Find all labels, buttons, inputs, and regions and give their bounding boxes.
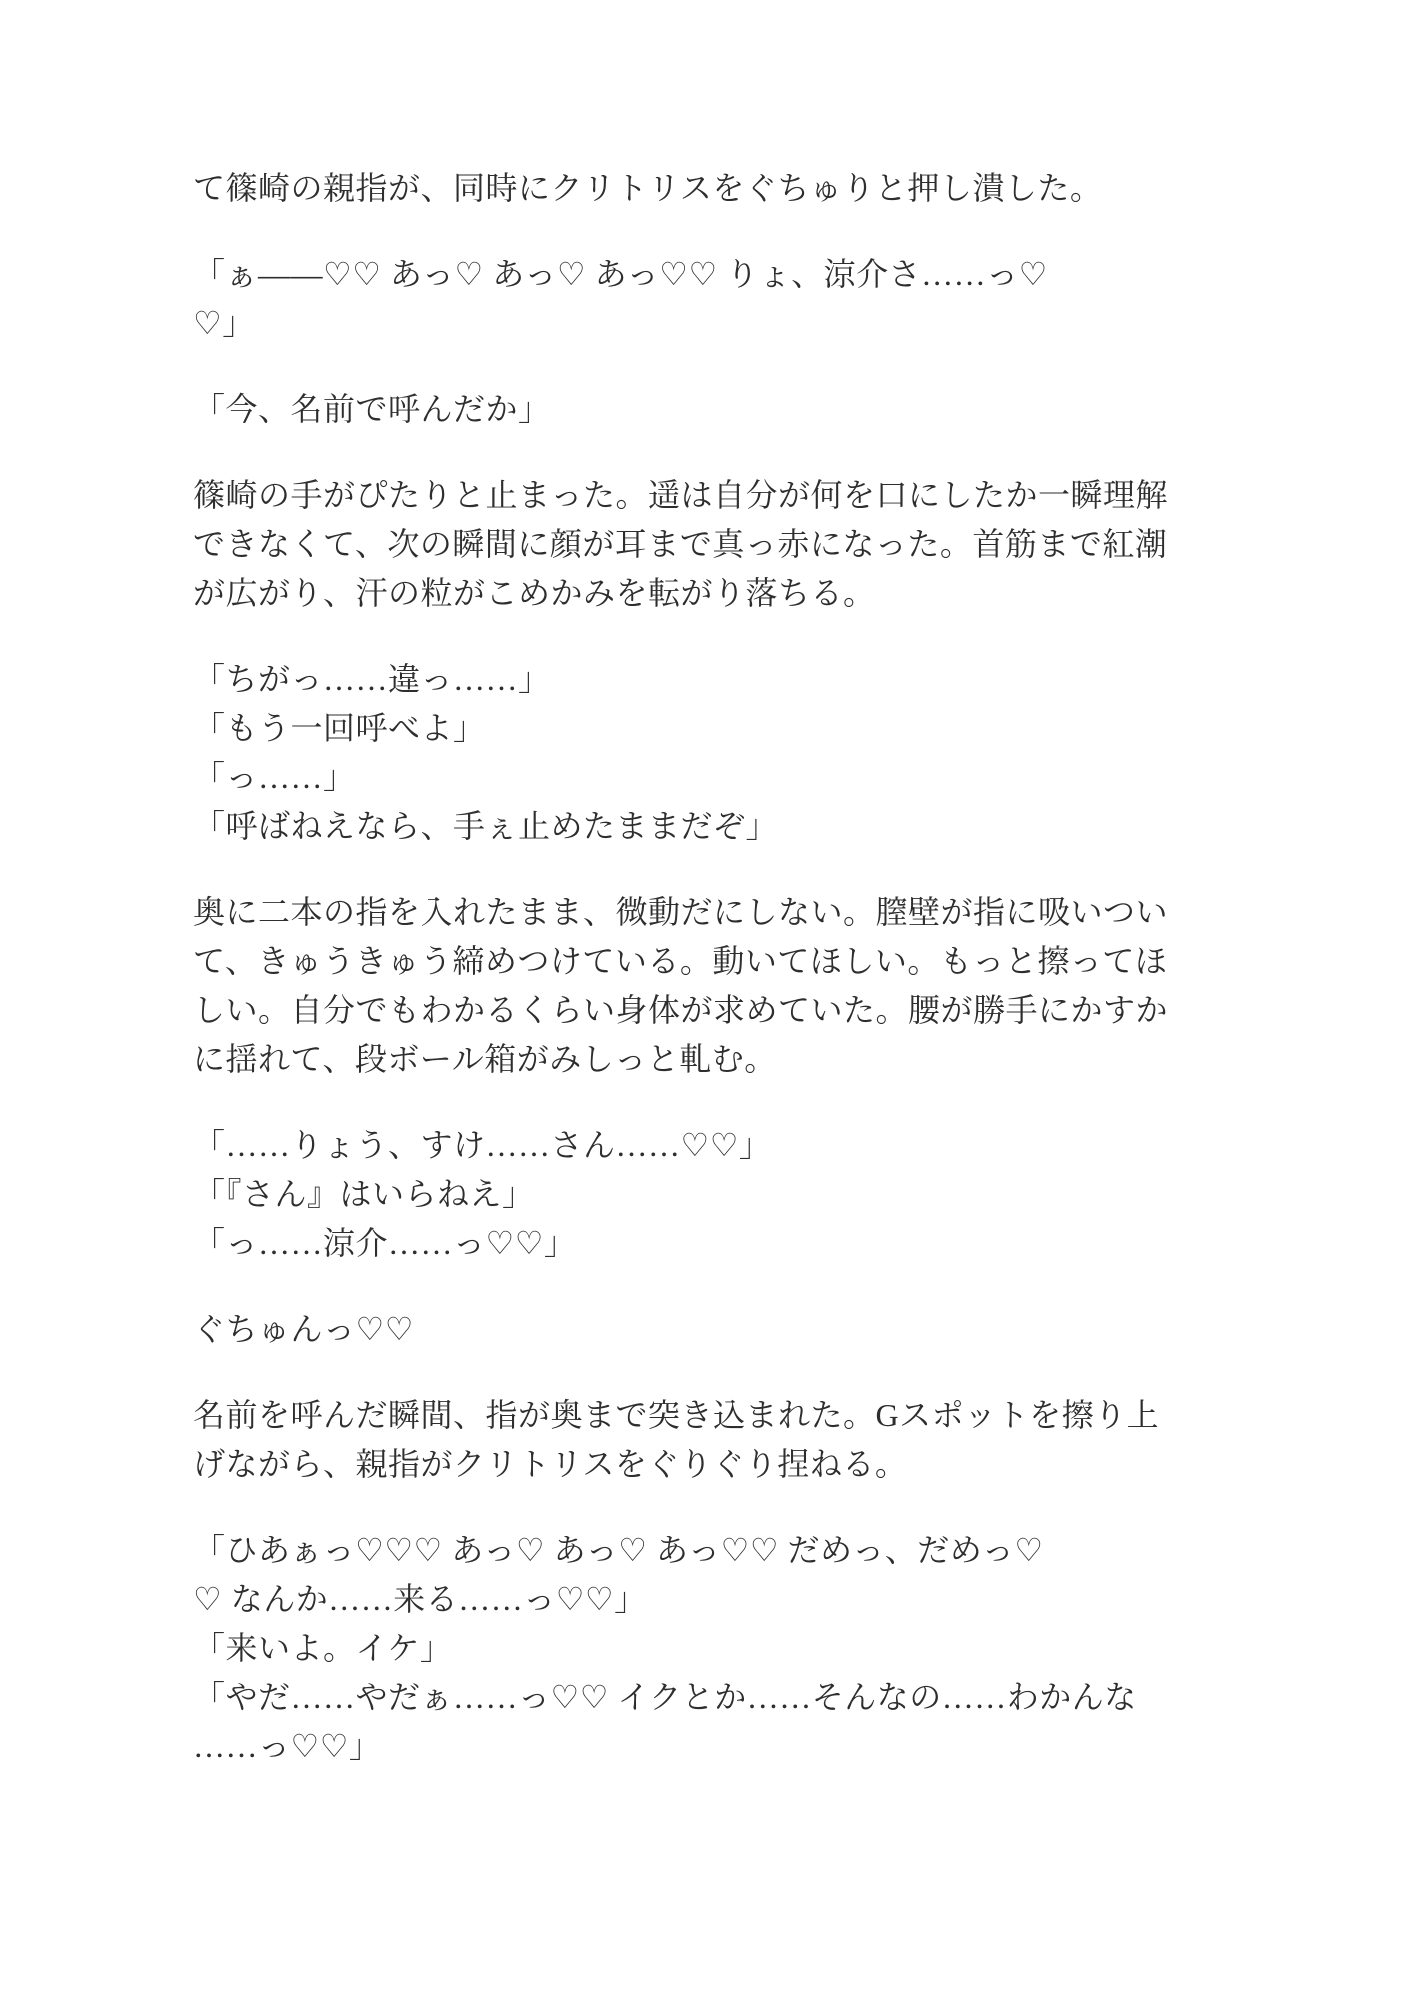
text-line: 名前を呼んだ瞬間、指が奥まで突き込まれた。Gスポットを擦り上 — [193, 1391, 1253, 1440]
text-line: ♡ なんか……来る……っ♡♡」 — [193, 1575, 1253, 1624]
story-text: て篠崎の親指が、同時にクリトリスをぐちゅりと押し潰した。「ぁ——♡♡ あっ♡ あ… — [193, 164, 1253, 1771]
text-line: 「今、名前で呼んだか」 — [193, 385, 1253, 434]
paragraph: 奥に二本の指を入れたまま、微動だにしない。膣壁が指に吸いついて、きゅうきゅう締め… — [193, 888, 1253, 1084]
paragraph: 名前を呼んだ瞬間、指が奥まで突き込まれた。Gスポットを擦り上げながら、親指がクリ… — [193, 1391, 1253, 1489]
text-line: できなくて、次の瞬間に顔が耳まで真っ赤になった。首筋まで紅潮 — [193, 520, 1253, 569]
paragraph: て篠崎の親指が、同時にクリトリスをぐちゅりと押し潰した。 — [193, 164, 1253, 213]
text-line: 「来いよ。イケ」 — [193, 1624, 1253, 1673]
text-line: しい。自分でもわかるくらい身体が求めていた。腰が勝手にかすか — [193, 986, 1253, 1035]
paragraph: 篠崎の手がぴたりと止まった。遥は自分が何を口にしたか一瞬理解できなくて、次の瞬間… — [193, 471, 1253, 618]
text-line: 「……りょう、すけ……さん……♡♡」 — [193, 1121, 1253, 1170]
text-line: 「ぁ——♡♡ あっ♡ あっ♡ あっ♡♡ りょ、涼介さ……っ♡ — [193, 250, 1253, 299]
text-line: 篠崎の手がぴたりと止まった。遥は自分が何を口にしたか一瞬理解 — [193, 471, 1253, 520]
text-line: 「ちがっ……違っ……」 — [193, 655, 1253, 704]
text-line: 「呼ばねえなら、手ぇ止めたままだぞ」 — [193, 802, 1253, 851]
text-line: 「っ……涼介……っ♡♡」 — [193, 1219, 1253, 1268]
text-line: に揺れて、段ボール箱がみしっと軋む。 — [193, 1035, 1253, 1084]
paragraph: ぐちゅんっ♡♡ — [193, 1305, 1253, 1354]
text-line: げながら、親指がクリトリスをぐりぐり捏ねる。 — [193, 1440, 1253, 1489]
text-line: て篠崎の親指が、同時にクリトリスをぐちゅりと押し潰した。 — [193, 164, 1253, 213]
text-line: 「ひあぁっ♡♡♡ あっ♡ あっ♡ あっ♡♡ だめっ、だめっ♡ — [193, 1526, 1253, 1575]
text-line: ♡」 — [193, 299, 1253, 348]
paragraph: 「ちがっ……違っ……」「もう一回呼べよ」「っ……」「呼ばねえなら、手ぇ止めたまま… — [193, 655, 1253, 851]
document-page: て篠崎の親指が、同時にクリトリスをぐちゅりと押し潰した。「ぁ——♡♡ あっ♡ あ… — [0, 0, 1415, 2000]
text-line: 「っ……」 — [193, 753, 1253, 802]
text-line: て、きゅうきゅう締めつけている。動いてほしい。もっと擦ってほ — [193, 937, 1253, 986]
text-line: 「もう一回呼べよ」 — [193, 704, 1253, 753]
paragraph: 「今、名前で呼んだか」 — [193, 385, 1253, 434]
text-line: 「やだ……やだぁ……っ♡♡ イクとか……そんなの……わかんな — [193, 1673, 1253, 1722]
paragraph: 「……りょう、すけ……さん……♡♡」「『さん』はいらねえ」「っ……涼介……っ♡♡… — [193, 1121, 1253, 1268]
text-line: が広がり、汗の粒がこめかみを転がり落ちる。 — [193, 569, 1253, 618]
text-line: ぐちゅんっ♡♡ — [193, 1305, 1253, 1354]
text-line: 「『さん』はいらねえ」 — [193, 1170, 1253, 1219]
text-line: 奥に二本の指を入れたまま、微動だにしない。膣壁が指に吸いつい — [193, 888, 1253, 937]
paragraph: 「ひあぁっ♡♡♡ あっ♡ あっ♡ あっ♡♡ だめっ、だめっ♡♡ なんか……来る…… — [193, 1526, 1253, 1771]
text-line: ……っ♡♡」 — [193, 1722, 1253, 1771]
paragraph: 「ぁ——♡♡ あっ♡ あっ♡ あっ♡♡ りょ、涼介さ……っ♡♡」 — [193, 250, 1253, 348]
